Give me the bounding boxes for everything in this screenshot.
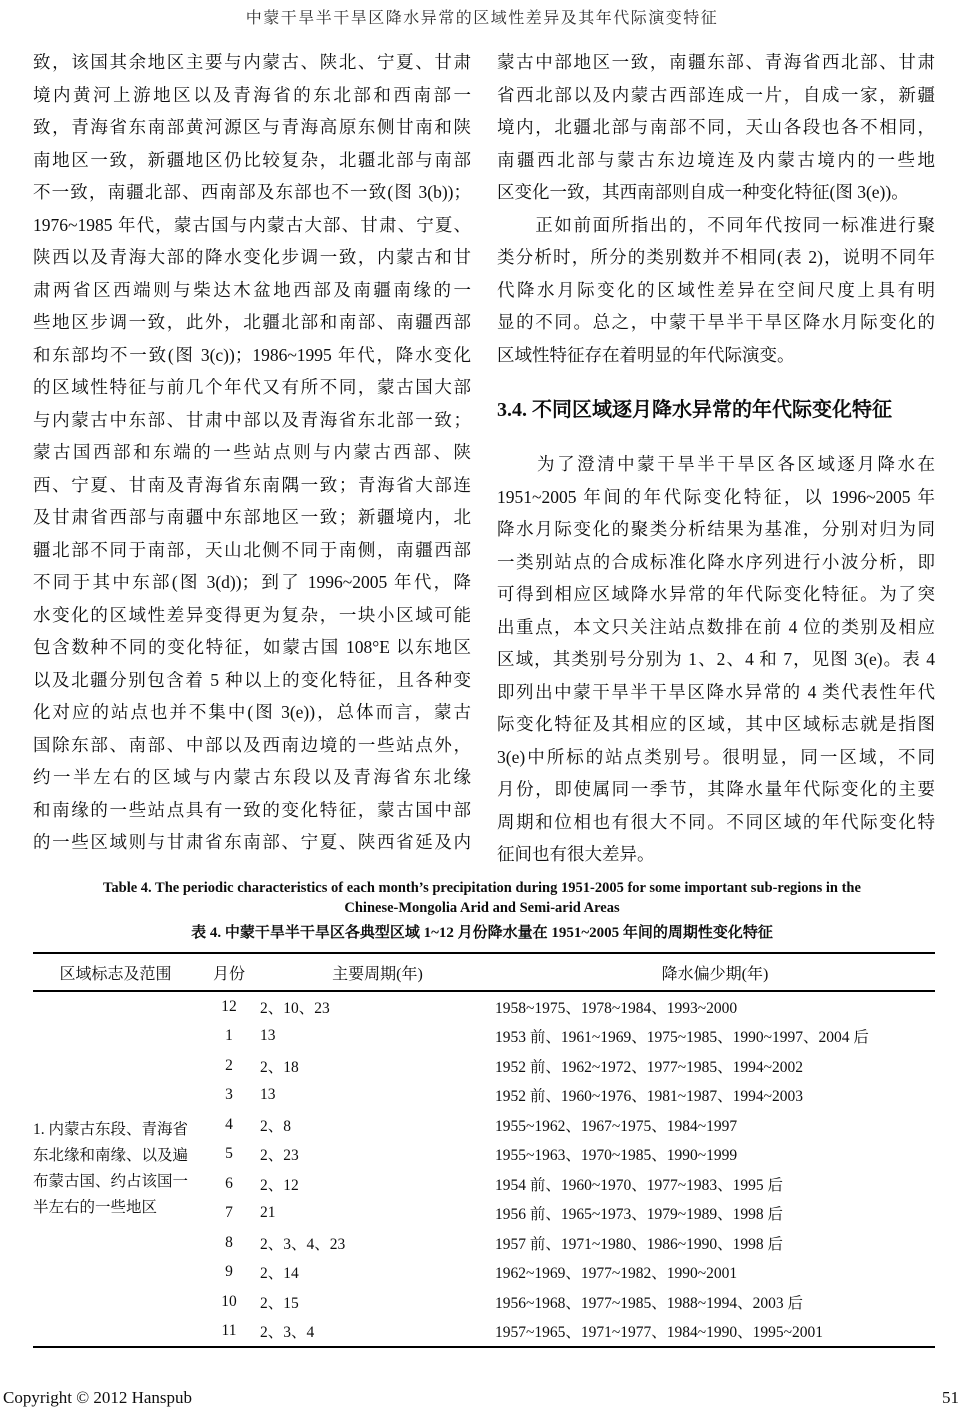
text-line: 国除东部、南部、中部以及西南边境的一些站点外， <box>33 729 471 762</box>
right-text-column: 蒙古中部地区一致，南疆东部、青海省西北部、甘肃省西北部以及内蒙古西部连成一片，自… <box>497 46 935 871</box>
text-line: 致，该国其余地区主要与内蒙古、陕北、宁夏、甘肃 <box>33 46 471 79</box>
text-line: 一类别站点的合成标准化降水序列进行小波分析，即 <box>497 546 935 579</box>
table-caption-chinese: 表 4. 中蒙干旱半干旱区各典型区域 1~12 月份降水量在 1951~2005… <box>33 923 931 943</box>
text-line: 月份，即使属同一季节，其降水量年代际变化的主要 <box>497 773 935 806</box>
text-line: 南疆西北部与蒙古东边境连及内蒙古境内的一些地 <box>497 144 935 177</box>
text-line: 类分析时，所分的类别数并不相同(表 2)，说明不同年 <box>497 241 935 274</box>
header-main-periods: 主要周期(年) <box>260 953 495 991</box>
text-line: 疆北部不同于南部，天山北侧不同于南侧，南疆西部 <box>33 534 471 567</box>
page-footer: Copyright © 2012 Hanspub 51 <box>3 1388 959 1408</box>
text-line: 西、宁夏、甘南及青海省东南隅一致；青海省大部连 <box>33 469 471 502</box>
dry-periods-cell: 1958~1975、1978~1984、1993~2000 <box>495 991 935 1022</box>
dry-periods-cell: 1952 前、1960~1976、1981~1987、1994~2003 <box>495 1081 935 1111</box>
month-cell: 6 <box>198 1169 260 1199</box>
text-line: 周期和位相也有很大不同。不同区域的年代际变化特 <box>497 806 935 839</box>
text-line: 1976~1985 年代，蒙古国与内蒙古大部、甘肃、宁夏、 <box>33 209 471 242</box>
text-line: 些地区步调一致，此外，北疆北部和南部、南疆西部 <box>33 306 471 339</box>
text-line: 的一些区域则与甘肃省东南部、宁夏、陕西省延及内 <box>33 826 471 859</box>
periods-cell: 13 <box>260 1081 495 1111</box>
periods-cell: 21 <box>260 1199 495 1229</box>
periods-cell: 2、15 <box>260 1287 495 1317</box>
text-line: 不同于其中东部(图 3(d))；到了 1996~2005 年代，降 <box>33 566 471 599</box>
text-line: 正如前面所指出的，不同年代按同一标准进行聚 <box>497 209 935 242</box>
text-line: 区域，其类别号分别为 1、2、4 和 7，见图 3(e)。表 4 <box>497 643 935 676</box>
periods-cell: 13 <box>260 1022 495 1052</box>
dry-periods-cell: 1957~1965、1971~1977、1984~1990、1995~2001 <box>495 1317 935 1348</box>
text-line: 征间也有很大差异。 <box>497 838 935 871</box>
left-text-column: 致，该国其余地区主要与内蒙古、陕北、宁夏、甘肃境内黄河上游地区以及青海省的东北部… <box>33 46 471 859</box>
text-line: 蒙古中部地区一致，南疆东部、青海省西北部、甘肃 <box>497 46 935 79</box>
text-line: 代降水月际变化的区域性差异在空间尺度上具有明 <box>497 274 935 307</box>
text-line: 可得到相应区域降水异常的年代际变化特征。为了突 <box>497 578 935 611</box>
text-line: 化对应的站点也并不集中(图 3(e))，总体而言，蒙古 <box>33 696 471 729</box>
copyright-text: Copyright © 2012 Hanspub <box>3 1388 192 1408</box>
text-line: 的区域性特征与前几个年代又有所不同，蒙古国大部 <box>33 371 471 404</box>
header-dry-periods: 降水偏少期(年) <box>495 953 935 991</box>
dry-periods-cell: 1955~1962、1967~1975、1984~1997 <box>495 1110 935 1140</box>
right-paragraph-2: 为了澄清中蒙干旱半干旱区各区域逐月降水在1951~2005 年间的年代际变化特征… <box>497 448 935 871</box>
periodic-characteristics-table: 区域标志及范围 月份 主要周期(年) 降水偏少期(年) 1. 内蒙古东段、青海省… <box>33 952 935 1348</box>
dry-periods-cell: 1952 前、1962~1972、1977~1985、1994~2002 <box>495 1051 935 1081</box>
periods-cell: 2、23 <box>260 1140 495 1170</box>
dry-periods-cell: 1956 前、1965~1973、1979~1989、1998 后 <box>495 1199 935 1229</box>
table-caption-english-line1: Table 4. The periodic characteristics of… <box>33 878 931 898</box>
text-line: 致，青海省东南部黄河源区与青海高原东侧甘南和陕 <box>33 111 471 144</box>
periods-cell: 2、14 <box>260 1258 495 1288</box>
page-number: 51 <box>942 1388 959 1408</box>
month-cell: 9 <box>198 1258 260 1288</box>
month-cell: 11 <box>198 1317 260 1348</box>
table-header-row: 区域标志及范围 月份 主要周期(年) 降水偏少期(年) <box>33 953 935 991</box>
periods-cell: 2、3、4 <box>260 1317 495 1348</box>
text-line: 肃两省区西端则与柴达木盆地西部及南疆南缘的一 <box>33 274 471 307</box>
text-line: 陕西以及青海大部的降水变化步调一致，内蒙古和甘 <box>33 241 471 274</box>
text-line: 为了澄清中蒙干旱半干旱区各区域逐月降水在 <box>497 448 935 481</box>
month-cell: 4 <box>198 1110 260 1140</box>
dry-periods-cell: 1953 前、1961~1969、1975~1985、1990~1997、200… <box>495 1022 935 1052</box>
month-cell: 10 <box>198 1287 260 1317</box>
dry-periods-cell: 1956~1968、1977~1985、1988~1994、2003 后 <box>495 1287 935 1317</box>
text-line: 包含数种不同的变化特征，如蒙古国 108°E 以东地区 <box>33 631 471 664</box>
text-line: 3(e)中所标的站点类别号。很明显，同一区域，不同 <box>497 741 935 774</box>
text-line: 出重点，本文只关注站点数排在前 4 位的类别及相应 <box>497 611 935 644</box>
text-line: 省西北部以及内蒙古西部连成一片，自成一家，新疆 <box>497 79 935 112</box>
text-line: 不一致，南疆北部、西南部及东部也不一致(图 3(b))； <box>33 176 471 209</box>
table-caption-english-line2: Chinese-Mongolia Arid and Semi-arid Area… <box>33 898 931 918</box>
dry-periods-cell: 1955~1963、1970~1985、1990~1999 <box>495 1140 935 1170</box>
running-head: 中蒙干旱半干旱区降水异常的区域性差异及其年代际演变特征 <box>0 5 964 28</box>
text-line: 水变化的区域性差异变得更为复杂，一块小区域可能 <box>33 599 471 632</box>
month-cell: 1 <box>198 1022 260 1052</box>
section-heading-3-4: 3.4. 不同区域逐月降水异常的年代际变化特征 <box>497 395 935 425</box>
text-line: 和东部均不一致(图 3(c))；1986~1995 年代，降水变化 <box>33 339 471 372</box>
table-caption-block: Table 4. The periodic characteristics of… <box>33 878 931 943</box>
periods-cell: 2、18 <box>260 1051 495 1081</box>
dry-periods-cell: 1957 前、1971~1980、1986~1990、1998 后 <box>495 1228 935 1258</box>
month-cell: 5 <box>198 1140 260 1170</box>
text-line: 蒙古国西部和东端的一些站点则与内蒙古西部、陕 <box>33 436 471 469</box>
month-cell: 8 <box>198 1228 260 1258</box>
text-line: 境内黄河上游地区以及青海省的东北部和西南部一 <box>33 79 471 112</box>
text-line: 约一半左右的区域与内蒙古东段以及青海省东北缘 <box>33 761 471 794</box>
header-region: 区域标志及范围 <box>33 953 198 991</box>
month-cell: 3 <box>198 1081 260 1111</box>
text-line: 南地区一致，新疆地区仍比较复杂，北疆北部与南部 <box>33 144 471 177</box>
text-line: 1951~2005 年间的年代际变化特征，以 1996~2005 年 <box>497 481 935 514</box>
month-cell: 12 <box>198 991 260 1022</box>
paper-page: { "page": { "running_head": "中蒙干旱半干旱区降水异… <box>0 0 964 1414</box>
header-month: 月份 <box>198 953 260 991</box>
text-line: 境内，北疆北部与南部不同，天山各段也各不相同， <box>497 111 935 144</box>
periods-cell: 2、3、4、23 <box>260 1228 495 1258</box>
text-line: 和南缘的一些站点具有一致的变化特征，蒙古国中部 <box>33 794 471 827</box>
text-line: 区变化一致，其西南部则自成一种变化特征(图 3(e))。 <box>497 176 935 209</box>
month-cell: 7 <box>198 1199 260 1229</box>
text-line: 降水月际变化的聚类分析结果为基准，分别对归为同 <box>497 513 935 546</box>
periods-cell: 2、12 <box>260 1169 495 1199</box>
periods-cell: 2、10、23 <box>260 991 495 1022</box>
text-line: 与内蒙古中东部、甘肃中部以及青海省东北部一致； <box>33 404 471 437</box>
month-cell: 2 <box>198 1051 260 1081</box>
periods-cell: 2、8 <box>260 1110 495 1140</box>
text-line: 以及北疆分别包含着 5 种以上的变化特征，且各种变 <box>33 664 471 697</box>
region-label-cell: 1. 内蒙古东段、青海省东北缘和南缘、以及遍布蒙古国、约占该国一半左右的一些地区 <box>33 991 198 1347</box>
text-line: 区域性特征存在着明显的年代际演变。 <box>497 339 935 372</box>
text-line: 显的不同。总之，中蒙干旱半干旱区降水月际变化的 <box>497 306 935 339</box>
text-line: 即列出中蒙干旱半干旱区降水异常的 4 类代表性年代 <box>497 676 935 709</box>
text-line: 际变化特征及其相应的区域，其中区域标志就是指图 <box>497 708 935 741</box>
right-paragraph-1: 蒙古中部地区一致，南疆东部、青海省西北部、甘肃省西北部以及内蒙古西部连成一片，自… <box>497 46 935 371</box>
dry-periods-cell: 1954 前、1960~1970、1977~1983、1995 后 <box>495 1169 935 1199</box>
text-line: 及甘肃省西部与南疆中东部地区一致；新疆境内，北 <box>33 501 471 534</box>
dry-periods-cell: 1962~1969、1977~1982、1990~2001 <box>495 1258 935 1288</box>
table-row: 1. 内蒙古东段、青海省东北缘和南缘、以及遍布蒙古国、约占该国一半左右的一些地区… <box>33 991 935 1022</box>
left-paragraph: 致，该国其余地区主要与内蒙古、陕北、宁夏、甘肃境内黄河上游地区以及青海省的东北部… <box>33 46 471 859</box>
